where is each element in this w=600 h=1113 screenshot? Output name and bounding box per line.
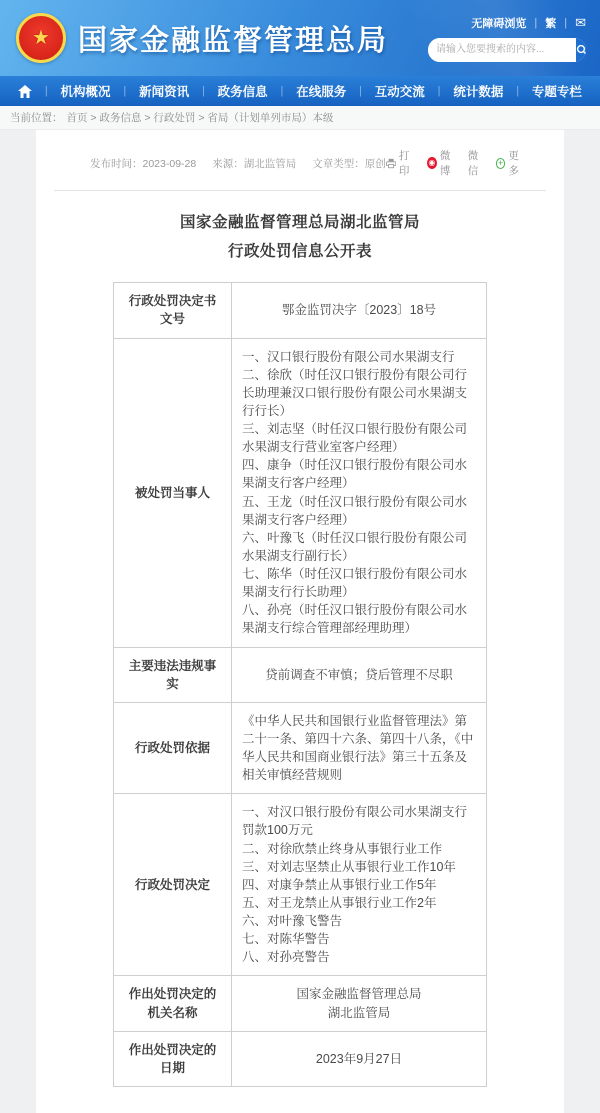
breadcrumb-label: 当前位置： [10,110,63,125]
nav-item-tongjishuju[interactable]: 统计数据 [453,82,503,100]
row-value: 一、对汉口银行股份有限公司水果湖支行罚款100万元 二、对徐欣禁止终身从事银行业… [232,794,487,976]
row-value: 贷前调查不审慎；贷后管理不尽职 [232,647,487,702]
table-row-penalty-decision: 行政处罚决定 一、对汉口银行股份有限公司水果湖支行罚款100万元 二、对徐欣禁止… [114,794,487,976]
header-left: ★ 国家金融监督管理总局 [16,13,388,63]
nav-item-zhuantizhuanlan[interactable]: 专题专栏 [532,82,582,100]
site-header: ★ 国家金融监督管理总局 无障碍浏览 | 繁 | ✉ [0,0,600,76]
row-value: 一、汉口银行股份有限公司水果湖支行 二、徐欣（时任汉口银行股份有限公司行长助理兼… [232,338,487,647]
row-label: 行政处罚决定 [114,794,232,976]
divider: | [516,85,519,97]
table-row-decision-date: 作出处罚决定的日期 2023年9月27日 [114,1031,487,1086]
nav-item-hudongjiaoliu[interactable]: 互动交流 [375,82,425,100]
nav-item-jigougaikuang[interactable]: 机构概况 [61,82,111,100]
search-box [428,38,586,62]
penalty-table: 行政处罚决定书文号 鄂金监罚决字〔2023〕18号 被处罚当事人 一、汉口银行股… [113,282,487,1087]
row-label: 行政处罚依据 [114,702,232,794]
row-label: 行政处罚决定书文号 [114,283,232,338]
row-label: 作出处罚决定的日期 [114,1031,232,1086]
row-label: 主要违法违规事实 [114,647,232,702]
main-nav: | 机构概况 | 新闻资讯 | 政务信息 | 在线服务 | 互动交流 | 统计数… [0,76,600,106]
meta-actions: 打印 ◉ 微博 微信 + 更多 [386,148,526,178]
table-row-penalized-parties: 被处罚当事人 一、汉口银行股份有限公司水果湖支行 二、徐欣（时任汉口银行股份有限… [114,338,487,647]
divider: | [123,85,126,97]
row-value: 鄂金监罚决字〔2023〕18号 [232,283,487,338]
weibo-icon: ◉ [427,157,437,169]
table-row-violation-facts: 主要违法违规事实 贷前调查不审慎；贷后管理不尽职 [114,647,487,702]
site-title: 国家金融监督管理总局 [78,18,388,59]
national-emblem-icon: ★ [16,13,66,63]
star-icon: ★ [32,28,50,48]
article-meta: 发布时间：2023-09-28 来源：湖北监管局 文章类型：原创 打印 ◉ 微博 [54,144,546,191]
search-input[interactable] [428,38,576,62]
row-value: 2023年9月27日 [232,1031,487,1086]
nav-item-zaixianfuwu[interactable]: 在线服务 [296,82,346,100]
row-value: 《中华人民共和国银行业监督管理法》第二十一条、第四十六条、第四十八条，《中华人民… [232,702,487,794]
more-share-button[interactable]: + 更多 [496,148,526,178]
table-row-deciding-agency: 作出处罚决定的 机关名称 国家金融监督管理总局 湖北监管局 [114,976,487,1031]
nav-item-zhengwuxinxi[interactable]: 政务信息 [218,82,268,100]
nav-item-xinwenzixun[interactable]: 新闻资讯 [139,82,189,100]
divider: | [45,85,48,97]
mail-icon[interactable]: ✉ [575,15,586,31]
print-button[interactable]: 打印 [386,148,417,178]
divider: | [438,85,441,97]
divider: | [359,85,362,97]
row-label: 被处罚当事人 [114,338,232,647]
more-icon: + [496,158,506,169]
accessibility-link[interactable]: 无障碍浏览 [471,15,526,31]
weibo-share-button[interactable]: ◉ 微博 [427,148,458,178]
search-button[interactable] [576,38,586,62]
meta-left: 发布时间：2023-09-28 来源：湖北监管局 文章类型：原创 [90,156,386,171]
header-right: 无障碍浏览 | 繁 | ✉ [428,15,586,62]
divider: | [202,85,205,97]
page: ★ 国家金融监督管理总局 无障碍浏览 | 繁 | ✉ [0,0,600,1113]
row-value: 国家金融监督管理总局 湖北监管局 [232,976,487,1031]
top-links: 无障碍浏览 | 繁 | ✉ [471,15,586,31]
article-card: 发布时间：2023-09-28 来源：湖北监管局 文章类型：原创 打印 ◉ 微博 [36,130,564,1113]
table-row-document-number: 行政处罚决定书文号 鄂金监罚决字〔2023〕18号 [114,283,487,338]
page-title-line1: 国家金融监督管理总局湖北监管局 [54,209,546,238]
breadcrumb-path[interactable]: 首页 > 政务信息 > 行政处罚 > 省局（计划单列市局）本级 [67,110,334,125]
nav-home[interactable] [18,85,32,98]
page-title: 国家金融监督管理总局湖北监管局 行政处罚信息公开表 [54,209,546,266]
breadcrumb: 当前位置： 首页 > 政务信息 > 行政处罚 > 省局（计划单列市局）本级 [0,106,600,130]
search-icon [576,44,586,56]
row-label: 作出处罚决定的 机关名称 [114,976,232,1031]
printer-icon [386,158,396,169]
article-source: 来源：湖北监管局 [212,156,296,171]
page-title-line2: 行政处罚信息公开表 [54,238,546,267]
divider: | [564,17,567,29]
traditional-chinese-link[interactable]: 繁 [545,15,556,31]
publish-date: 发布时间：2023-09-28 [90,156,196,171]
table-row-penalty-basis: 行政处罚依据 《中华人民共和国银行业监督管理法》第二十一条、第四十六条、第四十八… [114,702,487,794]
wechat-share-button[interactable]: 微信 [468,148,486,178]
divider: | [534,17,537,29]
divider: | [281,85,284,97]
article-type: 文章类型：原创 [312,156,386,171]
home-icon [18,85,32,98]
